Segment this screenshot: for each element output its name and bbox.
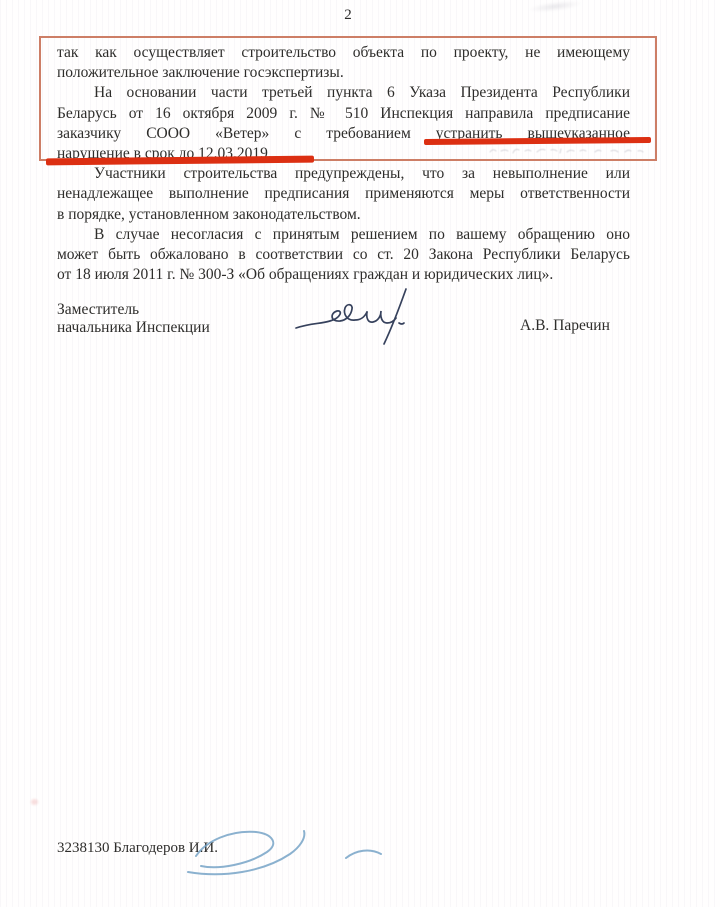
scan-smudge [528, 0, 583, 14]
text-line: ненадлежащее выполнение предписания прим… [57, 184, 630, 204]
text-line: так как осуществляет строительство объек… [57, 43, 630, 63]
text-line: Участники строительства предупреждены, ч… [57, 164, 630, 184]
signatory-position-line1: Заместитель [57, 301, 210, 319]
signatory-position-line2: начальника Инспекции [57, 319, 210, 337]
scan-artifact-dot [31, 799, 38, 805]
text-line: На основании части третьей пункта 6 Указ… [57, 83, 630, 103]
text-line: от 18 июля 2011 г. № 300-З «Об обращения… [57, 265, 630, 285]
text-line: Беларусь от 16 октября 2009 г. № 510 Инс… [57, 104, 630, 124]
text-line: в порядке, установленном законодательств… [57, 205, 630, 225]
text-line: В случае несогласия с принятым решением … [57, 225, 630, 245]
scanned-document-page: 2 так как осуществляет строительство объ… [0, 0, 720, 907]
faint-pencil-note [487, 143, 649, 158]
executor-signature [178, 810, 394, 882]
text-line: положительное заключение госэкспертизы. [57, 63, 630, 83]
inspector-signature [293, 287, 429, 350]
page-number: 2 [318, 7, 378, 24]
signatory-position: Заместитель начальника Инспекции [57, 301, 210, 336]
signatory-name: А.В. Паречин [520, 317, 610, 335]
text-line: может быть обжаловано в соответствии со … [57, 245, 630, 265]
